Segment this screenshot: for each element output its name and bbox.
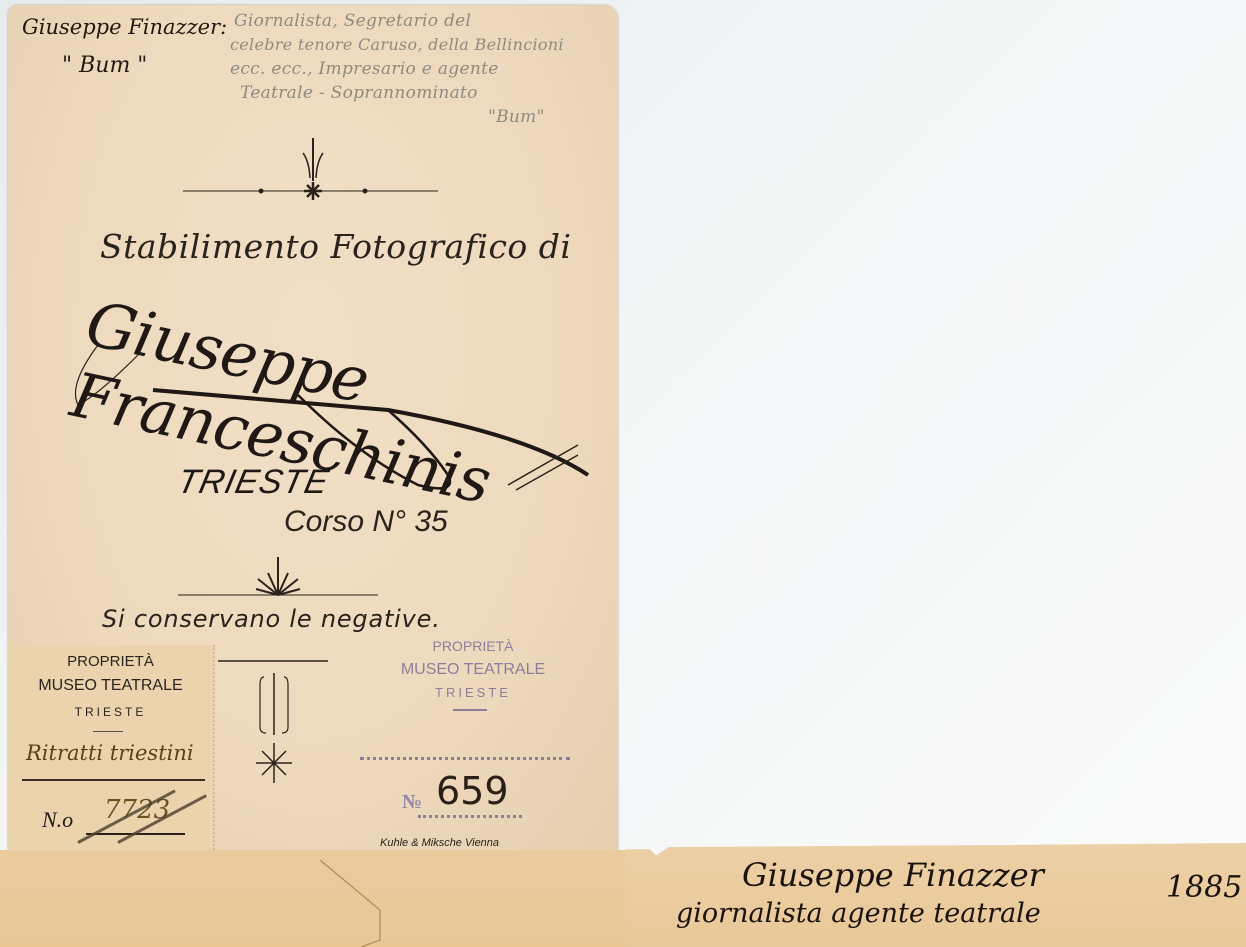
strip-description: giornalista agente teatrale	[676, 898, 1041, 929]
inventory-bottom-rule	[418, 815, 522, 818]
studio-heading: Stabilimento Fotografico di	[100, 227, 571, 266]
strip-name: Giuseppe Finazzer	[742, 856, 1044, 894]
ink-annotation-nickname: " Bum "	[62, 53, 147, 78]
pencil-note-line-4: Teatrale - Soprannominato	[240, 83, 478, 103]
label-rule	[93, 731, 123, 732]
museum-collection-label: PROPRIETÀ MUSEO TEATRALE TRIESTE Ritratt…	[8, 645, 215, 850]
strip-year: 1885	[1166, 870, 1242, 905]
label-line-1: PROPRIETÀ	[8, 653, 213, 670]
printer-credit: Kuhle & Miksche Vienna	[380, 837, 499, 849]
studio-city: TRIESTE	[174, 463, 333, 502]
pencil-note-line-1: Giornalista, Segretario del	[234, 11, 471, 31]
museum-stamp-line-1: PROPRIETÀ	[373, 638, 573, 654]
label-collection: Ritratti triestini	[26, 741, 194, 765]
inventory-number: 659	[436, 769, 509, 813]
ink-annotation-name: Giuseppe Finazzer:	[22, 15, 227, 39]
studio-tagline: Si conservano le negative.	[102, 605, 441, 633]
label-line-2: MUSEO TEATRALE	[8, 677, 213, 695]
pencil-note-line-2: celebre tenore Caruso, della Bellincioni	[230, 35, 564, 55]
pencil-note-line-3: ecc. ecc., Impresario e agente	[230, 59, 499, 79]
label-number-label: N.o	[42, 807, 73, 833]
bottom-paper-strip-left	[0, 850, 625, 947]
studio-address: Corso N° 35	[284, 505, 448, 539]
museum-stamp-line-2: MUSEO TEATRALE	[373, 661, 573, 679]
pencil-note-line-5: "Bum"	[488, 107, 545, 127]
top-fleuron-ornament	[183, 133, 443, 208]
label-line-3: TRIESTE	[8, 705, 213, 719]
strip-fold-edge	[300, 860, 400, 947]
museum-stamp-rule	[453, 709, 487, 711]
lower-ornament	[218, 655, 338, 790]
museum-stamp-line-3: TRIESTE	[373, 685, 573, 700]
inventory-top-rule	[360, 757, 570, 760]
label-collection-rule	[22, 779, 205, 781]
inventory-number-prefix: №	[402, 791, 422, 814]
mid-fan-ornament	[178, 553, 388, 603]
